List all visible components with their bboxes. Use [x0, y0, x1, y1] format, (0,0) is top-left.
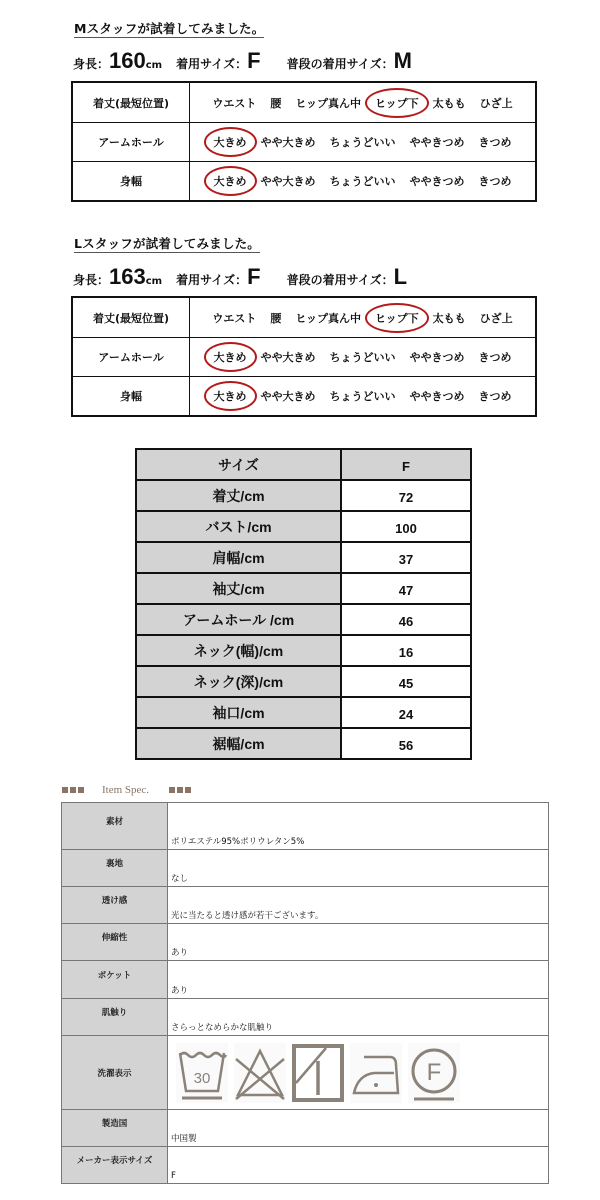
- iron-low-icon: [350, 1043, 402, 1103]
- size-row: アームホール /cm46: [137, 603, 470, 634]
- spec-value: なし: [168, 850, 548, 886]
- height-value: 163: [109, 264, 146, 289]
- fit-row-label: 身幅: [73, 162, 190, 200]
- usual-size-value: L: [394, 264, 407, 289]
- spec-value: 中国製: [168, 1110, 548, 1146]
- item-spec-title: Item Spec.: [102, 784, 149, 796]
- care-icons: 30: [168, 1036, 548, 1109]
- fit-option: きつめ: [477, 349, 514, 365]
- dry-clean-f-icon: F: [408, 1043, 460, 1103]
- staff-title: Mスタッフが試着してみました。: [74, 21, 264, 38]
- size-key: アームホール /cm: [137, 605, 342, 634]
- spec-key: 素材: [62, 803, 168, 849]
- size-row: 着丈/cm72: [137, 479, 470, 510]
- spec-value: あり: [168, 961, 548, 998]
- size-row: 肩幅/cm37: [137, 541, 470, 572]
- fit-option: やや大きめ: [259, 349, 318, 365]
- height-unit: cm: [146, 276, 162, 287]
- fit-option: やや大きめ: [259, 173, 318, 189]
- size-table-header: サイズ F: [137, 450, 470, 479]
- fit-row-body-width: 身幅 大きめ やや大きめ ちょうどいい ややきつめ きつめ: [73, 161, 535, 200]
- spec-key: ポケット: [62, 961, 168, 998]
- fit-option: きつめ: [477, 173, 514, 189]
- square-ornament-icon: [169, 787, 191, 793]
- fit-option: ややきつめ: [408, 349, 467, 365]
- usual-size-value: M: [394, 48, 412, 73]
- fit-option: きつめ: [477, 388, 514, 404]
- size-header-key: サイズ: [137, 450, 342, 479]
- fit-option: ちょうどいい: [328, 173, 398, 189]
- size-key: 肩幅/cm: [137, 543, 342, 572]
- size-row: 袖丈/cm47: [137, 572, 470, 603]
- fit-row-label: 身幅: [73, 377, 190, 415]
- size-value: 47: [342, 574, 470, 603]
- size-table: サイズ F 着丈/cm72 バスト/cm100 肩幅/cm37 袖丈/cm47 …: [135, 448, 472, 760]
- fit-option: ちょうどいい: [328, 388, 398, 404]
- size-key: 袖丈/cm: [137, 574, 342, 603]
- fit-option-selected: 大きめ: [212, 349, 249, 365]
- fit-row-label: 着丈(最短位置): [73, 298, 190, 337]
- height-value: 160: [109, 48, 146, 73]
- worn-size-label: 着用サイズ：: [176, 273, 247, 287]
- spec-row-stretch: 伸縮性あり: [62, 923, 548, 960]
- height-label: 身長：: [73, 57, 109, 71]
- size-value: 100: [342, 512, 470, 541]
- spec-key: 洗濯表示: [62, 1036, 168, 1109]
- wash-30-icon: 30: [176, 1043, 228, 1103]
- staff-measurements: 身長：163cm着用サイズ：F普段の着用サイズ：L: [73, 264, 407, 290]
- fit-option: ややきつめ: [408, 388, 467, 404]
- size-value: 16: [342, 636, 470, 665]
- spec-value: あり: [168, 924, 548, 960]
- dry-flat-shade-icon: [292, 1043, 344, 1103]
- item-spec-table: 素材ポリエステル95%ポリウレタン5% 裏地なし 透け感光に当たると透け感が若干…: [61, 802, 549, 1184]
- spec-value: F: [168, 1147, 548, 1183]
- spec-key: メーカー表示サイズ: [62, 1147, 168, 1183]
- fit-options: 大きめ やや大きめ ちょうどいい ややきつめ きつめ: [190, 162, 535, 200]
- size-key: バスト/cm: [137, 512, 342, 541]
- fit-row-length: 着丈(最短位置) ウエスト 腰 ヒップ真ん中 ヒップ下 太もも ひざ上: [73, 298, 535, 337]
- fit-option-selected: ヒップ下: [373, 310, 421, 326]
- size-key: 着丈/cm: [137, 481, 342, 510]
- size-value: 56: [342, 729, 470, 758]
- spec-key: 透け感: [62, 887, 168, 923]
- usual-size-label: 普段の着用サイズ：: [287, 273, 394, 287]
- fit-option: ややきつめ: [408, 173, 467, 189]
- usual-size-label: 普段の着用サイズ：: [287, 57, 394, 71]
- fit-option: やや大きめ: [259, 388, 318, 404]
- spec-row-maker-size: メーカー表示サイズF: [62, 1146, 548, 1183]
- spec-row-lining: 裏地なし: [62, 849, 548, 886]
- fit-option: 腰: [268, 95, 283, 111]
- square-ornament-icon: [62, 787, 84, 793]
- fit-option: 太もも: [431, 95, 468, 111]
- fit-table: 着丈(最短位置) ウエスト 腰 ヒップ真ん中 ヒップ下 太もも ひざ上 アームホ…: [71, 81, 537, 202]
- worn-size-value: F: [247, 264, 260, 289]
- fit-row-length: 着丈(最短位置) ウエスト 腰 ヒップ真ん中 ヒップ下 太もも ひざ上: [73, 83, 535, 122]
- fit-row-label: アームホール: [73, 338, 190, 376]
- fit-option: ややきつめ: [408, 134, 467, 150]
- fit-options: 大きめ やや大きめ ちょうどいい ややきつめ きつめ: [190, 377, 535, 415]
- fit-option: 太もも: [431, 310, 468, 326]
- fit-option-selected: 大きめ: [212, 173, 249, 189]
- spec-value: 光に当たると透け感が若干ございます。: [168, 887, 548, 923]
- fit-option: ひざ上: [478, 310, 515, 326]
- fit-option: やや大きめ: [259, 134, 318, 150]
- size-value: 37: [342, 543, 470, 572]
- staff-measurements: 身長：160cm着用サイズ：F普段の着用サイズ：M: [73, 48, 412, 74]
- size-value: 72: [342, 481, 470, 510]
- fit-row-armhole: アームホール 大きめ やや大きめ ちょうどいい ややきつめ きつめ: [73, 337, 535, 376]
- fit-option-selected: ヒップ下: [373, 95, 421, 111]
- size-header-value: F: [342, 450, 470, 479]
- fit-option: ウエスト: [210, 95, 258, 111]
- spec-key: 製造国: [62, 1110, 168, 1146]
- fit-row-label: 着丈(最短位置): [73, 83, 190, 122]
- spec-row-care: 洗濯表示 30: [62, 1035, 548, 1109]
- no-bleach-icon: [234, 1043, 286, 1103]
- spec-key: 肌触り: [62, 999, 168, 1035]
- worn-size-value: F: [247, 48, 260, 73]
- spec-row-material: 素材ポリエステル95%ポリウレタン5%: [62, 803, 548, 849]
- size-value: 24: [342, 698, 470, 727]
- size-row: ネック(幅)/cm16: [137, 634, 470, 665]
- spec-row-country: 製造国中国製: [62, 1109, 548, 1146]
- fit-option-selected: 大きめ: [212, 134, 249, 150]
- fit-option: 腰: [268, 310, 283, 326]
- fit-table: 着丈(最短位置) ウエスト 腰 ヒップ真ん中 ヒップ下 太もも ひざ上 アームホ…: [71, 296, 537, 417]
- size-row: 裾幅/cm56: [137, 727, 470, 758]
- fit-option: ヒップ真ん中: [293, 310, 363, 326]
- size-key: 裾幅/cm: [137, 729, 342, 758]
- size-row: ネック(深)/cm45: [137, 665, 470, 696]
- spec-key: 裏地: [62, 850, 168, 886]
- spec-key: 伸縮性: [62, 924, 168, 960]
- item-spec-heading: Item Spec.: [62, 784, 191, 796]
- size-value: 46: [342, 605, 470, 634]
- worn-size-label: 着用サイズ：: [176, 57, 247, 71]
- fit-option-selected: 大きめ: [212, 388, 249, 404]
- fit-options: ウエスト 腰 ヒップ真ん中 ヒップ下 太もも ひざ上: [190, 83, 535, 122]
- size-row: 袖口/cm24: [137, 696, 470, 727]
- fit-options: ウエスト 腰 ヒップ真ん中 ヒップ下 太もも ひざ上: [190, 298, 535, 337]
- size-row: バスト/cm100: [137, 510, 470, 541]
- fit-option: ちょうどいい: [328, 134, 398, 150]
- spec-row-sheerness: 透け感光に当たると透け感が若干ございます。: [62, 886, 548, 923]
- fit-option: ちょうどいい: [328, 349, 398, 365]
- height-label: 身長：: [73, 273, 109, 287]
- fit-option: ヒップ真ん中: [293, 95, 363, 111]
- size-key: ネック(深)/cm: [137, 667, 342, 696]
- height-unit: cm: [146, 60, 162, 71]
- fit-option: ウエスト: [210, 310, 258, 326]
- svg-text:30: 30: [194, 1070, 211, 1087]
- fit-options: 大きめ やや大きめ ちょうどいい ややきつめ きつめ: [190, 123, 535, 161]
- fit-option: きつめ: [477, 134, 514, 150]
- fit-row-label: アームホール: [73, 123, 190, 161]
- size-key: ネック(幅)/cm: [137, 636, 342, 665]
- size-value: 45: [342, 667, 470, 696]
- fit-options: 大きめ やや大きめ ちょうどいい ややきつめ きつめ: [190, 338, 535, 376]
- svg-text:F: F: [427, 1059, 442, 1086]
- fit-option: ひざ上: [478, 95, 515, 111]
- spec-value: さらっとなめらかな肌触り: [168, 999, 548, 1035]
- spec-row-texture: 肌触りさらっとなめらかな肌触り: [62, 998, 548, 1035]
- spec-value: ポリエステル95%ポリウレタン5%: [168, 803, 548, 849]
- fit-row-armhole: アームホール 大きめ やや大きめ ちょうどいい ややきつめ きつめ: [73, 122, 535, 161]
- staff-title: Lスタッフが試着してみました。: [74, 236, 260, 253]
- fit-row-body-width: 身幅 大きめ やや大きめ ちょうどいい ややきつめ きつめ: [73, 376, 535, 415]
- size-key: 袖口/cm: [137, 698, 342, 727]
- spec-row-pocket: ポケットあり: [62, 960, 548, 998]
